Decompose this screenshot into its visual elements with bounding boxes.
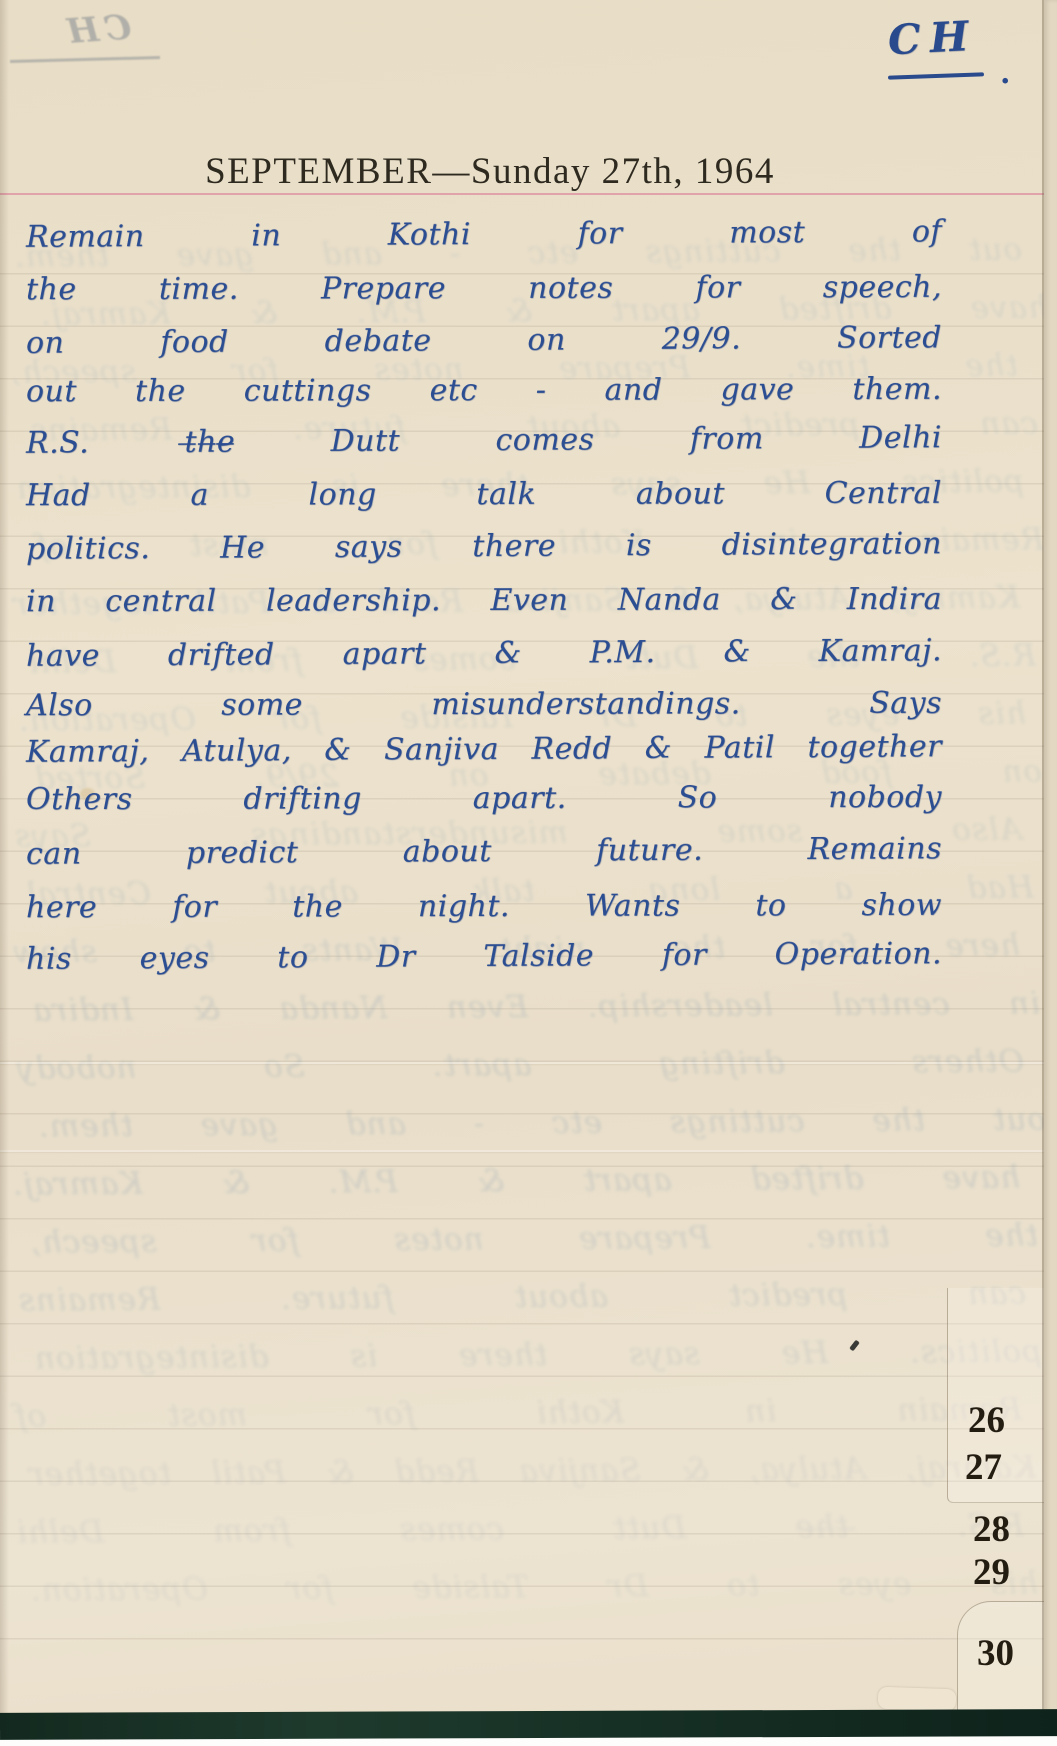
entry-line: on food debate on 29/9. Sorted: [26, 321, 942, 360]
thumb-tab-day-29: 29: [973, 1551, 1010, 1594]
scanned-diary-page: out the cuttings etc - and gave them. ha…: [0, 0, 1057, 1746]
entry-line: Had a long talk about Central: [26, 477, 942, 512]
entry-line: the time. Prepare notes for speech,: [26, 271, 942, 306]
entry-line: in central leadership. Even Nanda & Indi…: [26, 583, 942, 618]
entry-line: out the cuttings etc - and gave them.: [26, 373, 942, 408]
paper-crease: [0, 1062, 1044, 1064]
page-left-edge: [0, 0, 9, 1714]
entry-line: Remain in Kothi for most of: [26, 215, 942, 254]
torn-paper-chip: [878, 1687, 957, 1712]
thumb-tab-day-27: 27: [965, 1446, 1002, 1489]
entry-line: Kamraj, Atulya, & Sanjiva Redd & Patil t…: [26, 730, 942, 769]
entry-line: politics. He says there is disintegratio…: [26, 527, 942, 566]
paper-crease: [0, 1150, 1044, 1152]
annotation-ch-period: .: [1000, 56, 1010, 91]
thumb-tab-day-30: 30: [977, 1632, 1014, 1675]
thumb-tab-day-26: 26: [968, 1399, 1005, 1442]
entry-line: Also some misunderstandings. Says: [26, 687, 942, 722]
page-stack-edge: [1044, 0, 1057, 1714]
diary-entry-handwriting: Remain in Kothi for most of the time. Pr…: [26, 0, 942, 1000]
entry-line: R.S. t̶h̶e̶ Dutt comes from Delhi: [26, 421, 942, 460]
entry-line: his eyes to Dr Talside for Operation.: [26, 937, 942, 976]
entry-line: Others drifting apart. So nobody: [26, 781, 942, 816]
book-cover-edge: [0, 1709, 1057, 1740]
thumb-tab-day-28: 28: [973, 1508, 1010, 1551]
thumb-tab-cut-upper: [947, 1288, 1057, 1503]
entry-line: can predict about future. Remains: [26, 832, 942, 871]
entry-line: here for the night. Wants to show: [26, 889, 942, 924]
entry-line: have drifted apart & P.M. & Kamraj.: [26, 634, 942, 673]
